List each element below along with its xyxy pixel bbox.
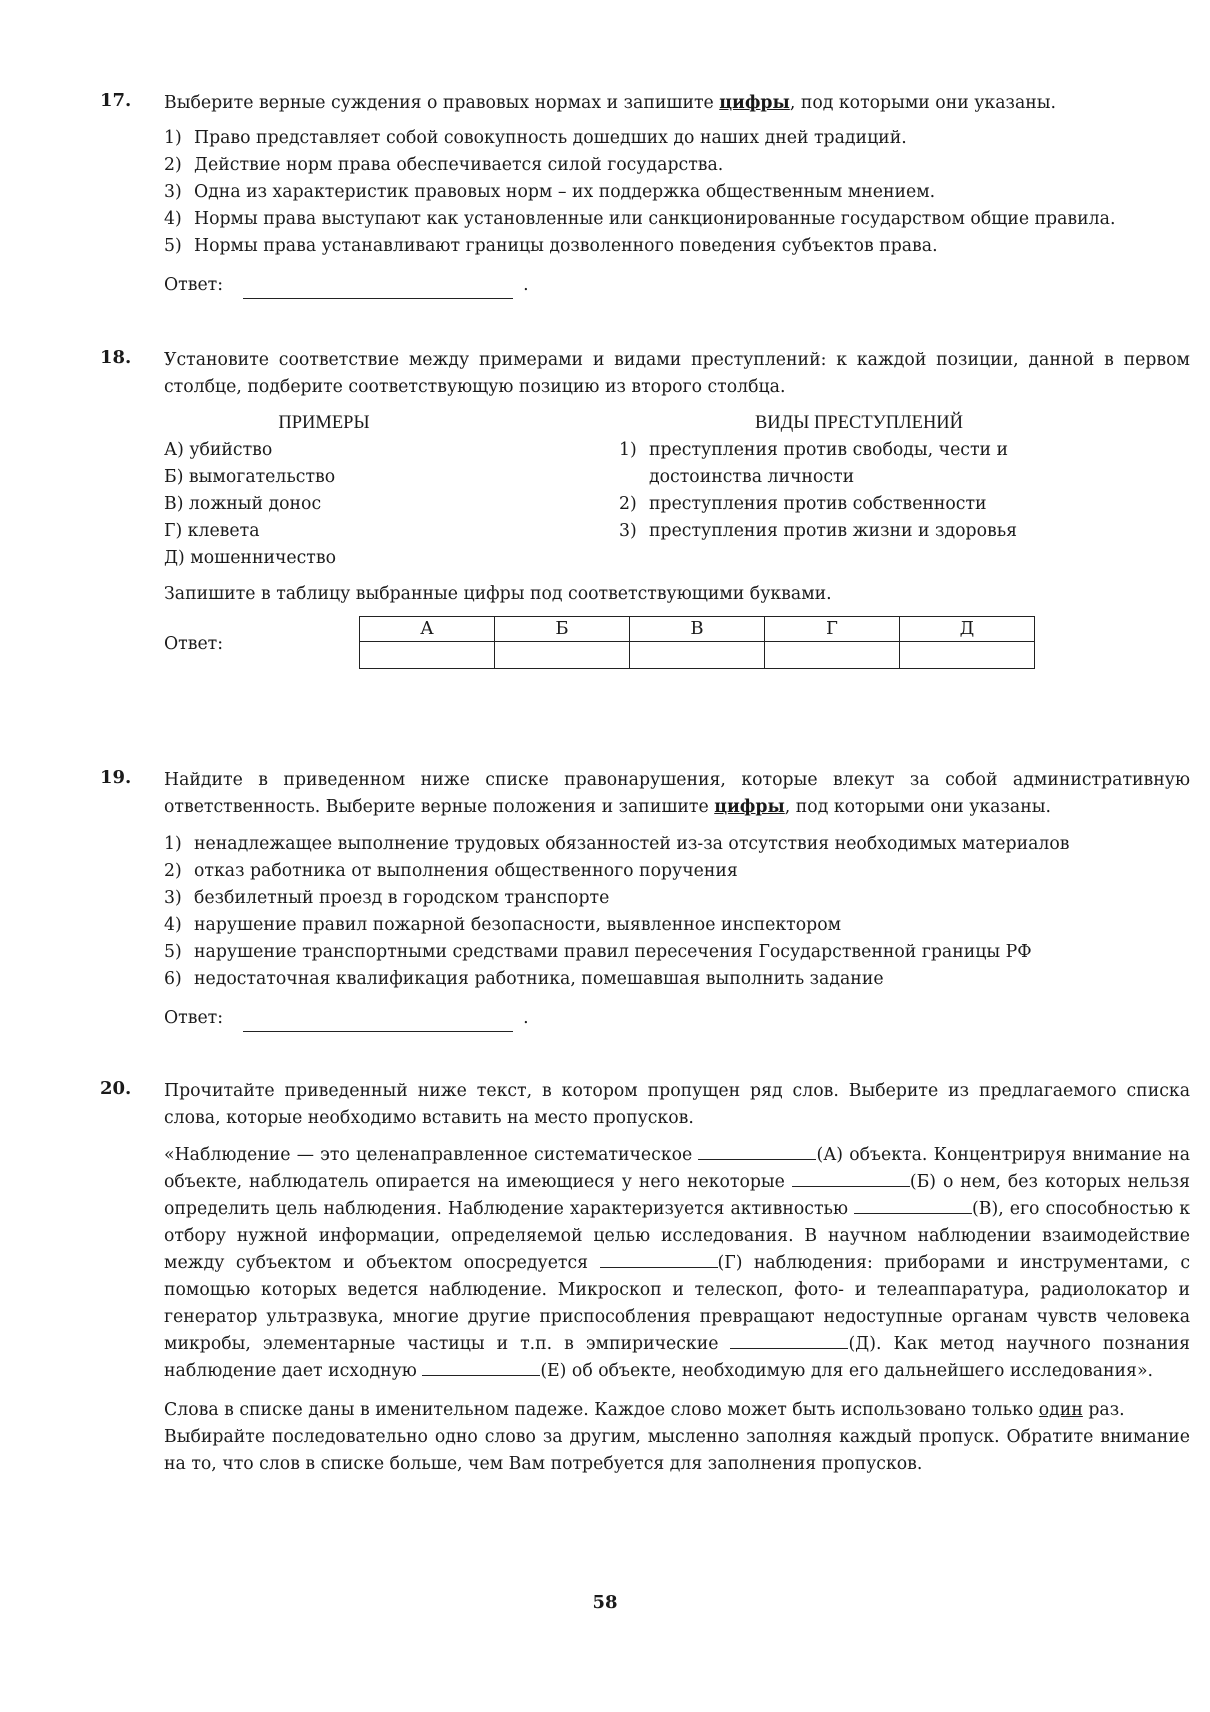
- question-prompt: Установите соответствие между примерами …: [164, 347, 1190, 401]
- blank-label: (В): [972, 1199, 998, 1219]
- list-item: 6)недостаточная квалификация работника, …: [164, 966, 1190, 993]
- item-number: 2): [164, 152, 182, 179]
- item-text: отказ работника от выполнения общественн…: [194, 861, 738, 881]
- column-heading: ВИДЫ ПРЕСТУПЛЕНИЙ: [619, 409, 1099, 437]
- item-number: 2): [164, 858, 182, 885]
- example-item: А) убийство: [164, 437, 594, 464]
- page-number: 58: [0, 1592, 1210, 1613]
- table-header-cell: А: [360, 617, 495, 642]
- item-number: 4): [164, 912, 182, 939]
- cloze-blank[interactable]: [422, 1359, 540, 1376]
- item-text: недостаточная квалификация работника, по…: [194, 969, 884, 989]
- item-text: нарушение транспортными средствами прави…: [194, 942, 1032, 962]
- list-item: 3)Одна из характеристик правовых норм – …: [164, 179, 1190, 206]
- list-item: 3)безбилетный проезд в городском транспо…: [164, 885, 1190, 912]
- example-item: Г) клевета: [164, 518, 594, 545]
- answer-table: АБВГД: [359, 616, 1035, 669]
- question-number: 20.: [100, 1078, 131, 1099]
- question-20: 20. Прочитайте приведенный ниже текст, в…: [100, 1078, 1190, 1478]
- item-text: Одна из характеристик правовых норм – их…: [194, 182, 935, 202]
- item-number: 1): [164, 125, 182, 152]
- blank-label: (Д): [848, 1334, 876, 1354]
- list-item: 4)нарушение правил пожарной безопасности…: [164, 912, 1190, 939]
- item-number: 5): [164, 939, 182, 966]
- question-prompt: Выберите верные суждения о правовых норм…: [164, 90, 1190, 117]
- table-header-cell: Г: [765, 617, 900, 642]
- question-18: 18. Установите соответствие между пример…: [100, 347, 1190, 676]
- table-header-cell: Д: [900, 617, 1035, 642]
- emphasis: цифры: [719, 93, 790, 113]
- item-number: 4): [164, 206, 182, 233]
- question-17: 17. Выберите верные суждения о правовых …: [100, 90, 1190, 299]
- answer-input[interactable]: [243, 280, 513, 299]
- item-text: Действие норм права обеспечивается силой…: [194, 155, 723, 175]
- table-instruction: Запишите в таблицу выбранные цифры под с…: [164, 581, 1190, 608]
- list-item: 1)Право представляет собой совокупность …: [164, 125, 1190, 152]
- answer-row: Ответ: .: [164, 1005, 1190, 1032]
- question-number: 18.: [100, 347, 131, 368]
- examples-column: ПРИМЕРЫ А) убийствоБ) вымогательствоВ) л…: [164, 409, 594, 572]
- item-number: 6): [164, 966, 182, 993]
- crime-types-column: ВИДЫ ПРЕСТУПЛЕНИЙ 1)преступления против …: [619, 409, 1099, 545]
- item-number: 3): [164, 885, 182, 912]
- item-number: 5): [164, 233, 182, 260]
- question-number: 19.: [100, 767, 131, 788]
- list-item: 2)Действие норм права обеспечивается сил…: [164, 152, 1190, 179]
- cloze-passage: «Наблюдение — это целенаправленное систе…: [164, 1142, 1190, 1385]
- crime-type-item: 3)преступления против жизни и здоровья: [619, 518, 1099, 545]
- item-text: безбилетный проезд в городском транспорт…: [194, 888, 609, 908]
- cloze-blank[interactable]: [698, 1143, 816, 1160]
- note-order: Выбирайте последовательно одно слово за …: [164, 1424, 1190, 1478]
- answer-cell[interactable]: [765, 642, 900, 669]
- item-text: Право представляет собой совокупность до…: [194, 128, 907, 148]
- blank-label: (Б): [910, 1172, 936, 1192]
- blank-label: (А): [816, 1145, 843, 1165]
- column-heading: ПРИМЕРЫ: [164, 409, 484, 437]
- item-number: 1): [164, 831, 182, 858]
- list-item: 1)ненадлежащее выполнение трудовых обяза…: [164, 831, 1190, 858]
- example-item: В) ложный донос: [164, 491, 594, 518]
- cloze-blank[interactable]: [792, 1170, 910, 1187]
- cloze-blank[interactable]: [600, 1251, 718, 1268]
- list-item: 5)нарушение транспортными средствами пра…: [164, 939, 1190, 966]
- question-prompt: Прочитайте приведенный ниже текст, в кот…: [164, 1078, 1190, 1132]
- list-item: 4)Нормы права выступают как установленны…: [164, 206, 1190, 233]
- matching-columns: ПРИМЕРЫ А) убийствоБ) вымогательствоВ) л…: [164, 409, 1190, 569]
- answer-cell[interactable]: [900, 642, 1035, 669]
- answer-cell[interactable]: [630, 642, 765, 669]
- crime-type-item: 1)преступления против свободы, чести и д…: [619, 437, 1099, 491]
- item-number: 3): [164, 179, 182, 206]
- blank-label: (Г): [718, 1253, 743, 1273]
- answer-cell[interactable]: [360, 642, 495, 669]
- table-header-cell: В: [630, 617, 765, 642]
- item-text: ненадлежащее выполнение трудовых обязанн…: [194, 834, 1070, 854]
- question-19: 19. Найдите в приведенном ниже списке пр…: [100, 767, 1190, 1032]
- blank-label: (Е): [540, 1361, 566, 1381]
- item-text: Нормы права устанавливают границы дозвол…: [194, 236, 938, 256]
- example-item: Б) вымогательство: [164, 464, 594, 491]
- table-header-cell: Б: [495, 617, 630, 642]
- cloze-blank[interactable]: [730, 1332, 848, 1349]
- note-words-form: Слова в списке даны в именительном падеж…: [164, 1397, 1190, 1424]
- emphasis: цифры: [714, 797, 785, 817]
- question-number: 17.: [100, 90, 131, 111]
- answer-cell[interactable]: [495, 642, 630, 669]
- answer-row: Ответ: .: [164, 272, 1190, 299]
- answer-label: Ответ:: [164, 634, 223, 654]
- cloze-blank[interactable]: [854, 1197, 972, 1214]
- item-text: Нормы права выступают как установленные …: [194, 209, 1115, 229]
- answer-label: Ответ:: [164, 1005, 223, 1032]
- item-text: нарушение правил пожарной безопасности, …: [194, 915, 841, 935]
- answer-label: Ответ:: [164, 272, 223, 299]
- question-prompt: Найдите в приведенном ниже списке правон…: [164, 767, 1190, 821]
- example-item: Д) мошенничество: [164, 545, 594, 572]
- list-item: 5)Нормы права устанавливают границы дозв…: [164, 233, 1190, 260]
- crime-type-item: 2)преступления против собственности: [619, 491, 1099, 518]
- list-item: 2)отказ работника от выполнения обществе…: [164, 858, 1190, 885]
- answer-input[interactable]: [243, 1013, 513, 1032]
